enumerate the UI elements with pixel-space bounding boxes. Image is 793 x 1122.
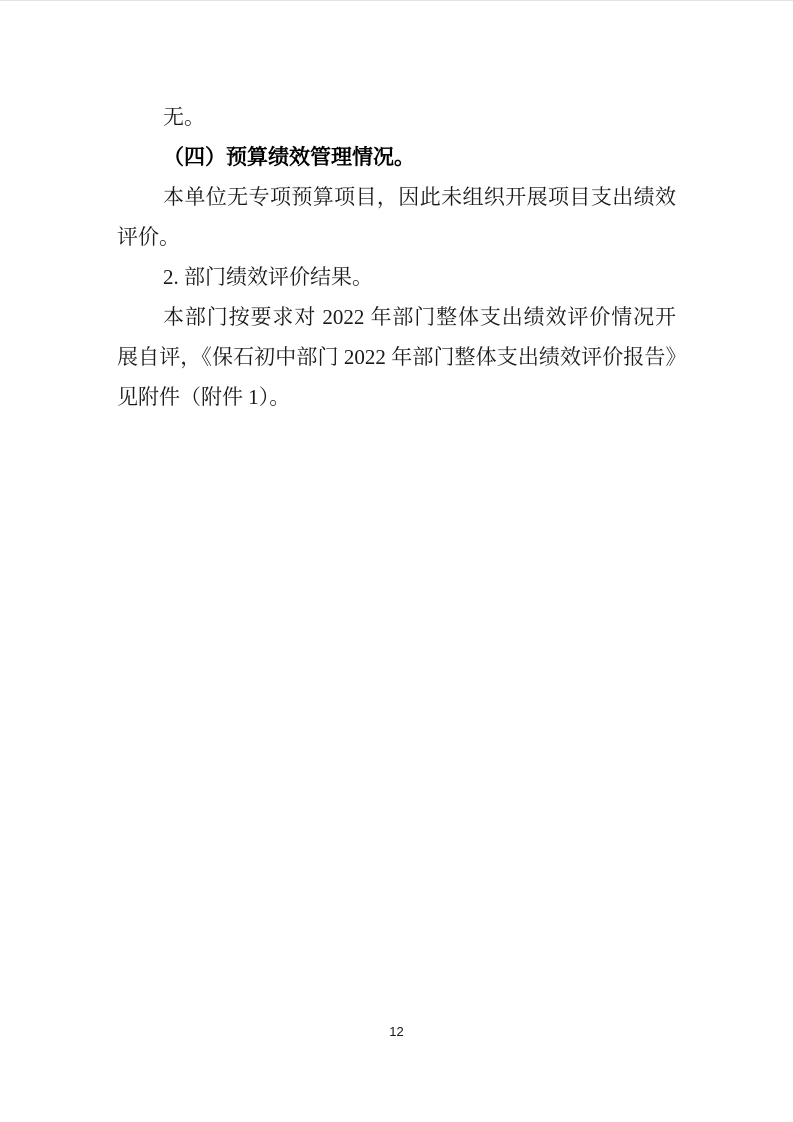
document-page: 无。 （四）预算绩效管理情况。 本单位无专项预算项目，因此未组织开展项目支出绩效… [0,0,793,1122]
page-top-edge [0,0,793,1]
page-footer: 12 [117,1023,676,1041]
document-body: 无。 （四）预算绩效管理情况。 本单位无专项预算项目，因此未组织开展项目支出绩效… [117,97,676,417]
paragraph-none-answer: 无。 [117,97,676,137]
heading-budget-performance-management: （四）预算绩效管理情况。 [117,137,676,177]
paragraph-no-special-budget-projects: 本单位无专项预算项目，因此未组织开展项目支出绩效评价。 [117,177,676,257]
paragraph-dept-evaluation-result-heading: 2. 部门绩效评价结果。 [117,257,676,297]
paragraph-self-evaluation-report: 本部门按要求对 2022 年部门整体支出绩效评价情况开展自评，《保石初中部门 2… [117,297,676,417]
page-number: 12 [389,1024,403,1039]
